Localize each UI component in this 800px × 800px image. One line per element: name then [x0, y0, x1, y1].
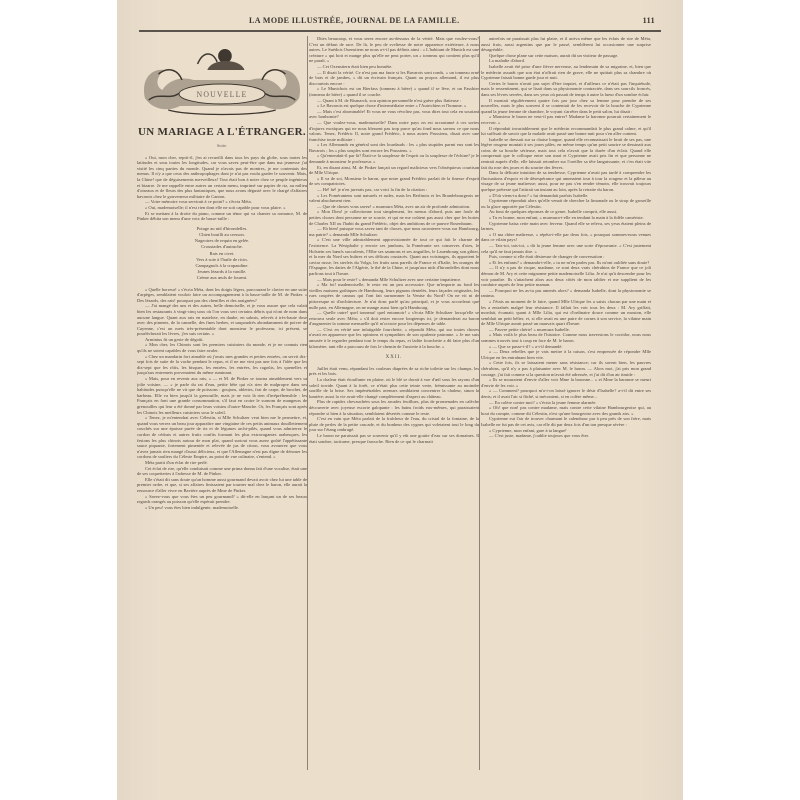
paragraph: « Mais voilà le plus beau de l'histoire.… — [481, 332, 651, 343]
dinner-menu: Potage au nid d'hirondelles.Chien bouill… — [137, 226, 307, 282]
newspaper-page: LA MODE ILLUSTRÉE, JOURNAL DE LA FAMILLE… — [117, 0, 683, 800]
chapter-heading: XXII. — [309, 355, 479, 361]
paragraph: Il montait régulièrement quatre fois par… — [481, 98, 651, 115]
paragraph: « — Comment? pourquoi m'a-t-on laissé ig… — [481, 388, 651, 399]
paragraph: « Il va de soi, Monsieur le baron, que n… — [309, 176, 479, 187]
paragraph: — Tais-toi, tais-toi, » dit la jeune fem… — [481, 243, 651, 254]
paragraph: C'est en vain que Méta parlait de la fra… — [309, 416, 479, 433]
paragraph: « Qu'entendait-il par là? Était-ce la so… — [309, 153, 479, 164]
story-title: UN MARIAGE A L'ÉTRANGER. — [137, 126, 307, 139]
paragraph: — Il disait la vérité. Ce n'est pas ma f… — [309, 70, 479, 87]
paragraph: « C'est une ville admirablement approvis… — [309, 237, 479, 276]
paragraph: « Oui, mon cher, reprit-il, j'en ai recu… — [137, 155, 307, 200]
paragraph: — Que voulez-vous, mademoiselle? Dans no… — [309, 120, 479, 142]
column-2: Dites beaucoup, et vous serez encore au-… — [309, 36, 479, 785]
paragraph: Dites beaucoup, et vous serez encore au-… — [309, 36, 479, 64]
paragraph: Cyprienne eut l'air de trouver charmant … — [481, 416, 651, 427]
paragraph: — Mais c'est abominable! Et vous ne vous… — [309, 109, 479, 120]
paragraph: Isabelle avait été prise d'une fièvre ne… — [481, 64, 651, 81]
menu-item: Crème aux œufs de fourmi. — [137, 275, 307, 281]
paragraph: « Mais, pour en revenir aux rats, » — et… — [137, 376, 307, 415]
paragraph: — Pourquoi ne les as-tu pas amenés alors… — [481, 288, 651, 299]
paragraph: — C'est en vérité une infatigable fourch… — [309, 327, 479, 349]
paragraph: « Le Bavarois est quelque chose d'interm… — [309, 103, 479, 109]
column-divider — [307, 36, 308, 770]
paragraph: — C'est juste, madame, j'oublie toujours… — [481, 433, 651, 439]
ornament-icon: NOUVELLE — [139, 40, 305, 120]
paragraph: « Un peu! vous êtes bien indulgente, mad… — [137, 505, 307, 511]
paragraph: « Mon cher, les Chinois sont les premier… — [137, 342, 307, 353]
article-text: Juillet était venu, répandant les couleu… — [309, 366, 479, 444]
paragraph: — J'ai mangé des uns et des autres, bell… — [137, 303, 307, 337]
paragraph: Elle s'était dit sans doute qu'un homme … — [137, 477, 307, 494]
paragraph: « Oh! que non! pas contre madame, mais c… — [481, 405, 651, 416]
paragraph: « Mon Dieu! je collectionne tout simplem… — [309, 209, 479, 226]
paragraph: Certes le baron n'avait pas sujet d'être… — [481, 81, 651, 98]
paragraph: Cyprienne répondait alors qu'elle venait… — [481, 198, 651, 209]
paragraph: « Tenez, je m'entendrai avec Célestin, s… — [137, 415, 307, 460]
page-number: 111 — [643, 16, 655, 25]
paragraph: « Le Munichois est un Bierfass (tonneau … — [309, 86, 479, 97]
paragraph: — Eh bien! puisque vous savez tant de ch… — [309, 226, 479, 237]
paragraph: « Les Allemands en général sont des lour… — [309, 142, 479, 153]
column-1: NOUVELLE UN MARIAGE A L'ÉTRANGER. Suite.… — [137, 36, 307, 785]
paragraph: Cyprienne baisa cette main avec ferveur.… — [481, 221, 651, 232]
paragraph: « J'étais au moment de le faire, quand M… — [481, 299, 651, 327]
paragraph: « Ma foi! mademoiselle, le reste est un … — [309, 282, 479, 310]
article-text: autrefois ne paraissait plus lui plaire,… — [481, 36, 651, 439]
column-3: autrefois ne paraissait plus lui plaire,… — [481, 36, 651, 785]
column-divider — [479, 36, 480, 770]
paragraph: « Ils se mouraient d'envie d'aller voir … — [481, 377, 651, 388]
paragraph: Juillet était venu, répandant les couleu… — [309, 366, 479, 377]
paragraph: « Cette fois, ils se laissaient mener sa… — [481, 360, 651, 377]
nouvelle-vignette: NOUVELLE — [139, 40, 305, 120]
paragraph: « Monsieur le baron ne veut-il pas entre… — [481, 114, 651, 125]
article-text: « Oui, mon cher, reprit-il, j'en ai recu… — [137, 155, 307, 222]
article-text: Dites beaucoup, et vous serez encore au-… — [309, 36, 479, 349]
paragraph: — Il n'y a pas de risque, madame, ce son… — [481, 265, 651, 287]
paragraph: « Les Poméraniens sont naturels et rudes… — [309, 193, 479, 204]
running-head: LA MODE ILLUSTRÉE, JOURNAL DE LA FAMILLE… — [139, 16, 661, 28]
paragraph: « Tu es bonne, mon enfant, » murmura-t-e… — [481, 215, 651, 221]
paragraph: Le baron ne paraissait pas se souvenir q… — [309, 433, 479, 444]
header-rule — [139, 30, 661, 32]
paragraph: Et, en disant ainsi, M. de Pinker lançai… — [309, 165, 479, 176]
paragraph: « Oui, mademoiselle; il n'est rien dont … — [137, 205, 307, 211]
paragraph: Et se mettant à la droite du piano, comm… — [137, 211, 307, 222]
svg-text:NOUVELLE: NOUVELLE — [197, 90, 248, 99]
paragraph: « Quelle horreur! » s'écria Méta, dont l… — [137, 287, 307, 304]
paragraph: « O ma chère maîtresse, » répéta-t-elle … — [481, 232, 651, 243]
paragraph: — Quelle outre! quel tonneau! quel enton… — [309, 310, 479, 327]
paragraph: « Chez un mandarin fort aimable où j'ava… — [137, 354, 307, 376]
story-subtitle: Suite. — [137, 143, 307, 149]
paragraph: Dans la délicate intuition de sa tendres… — [481, 170, 651, 192]
paragraph: Cet éclat de rire, qu'elle conduisait co… — [137, 466, 307, 477]
paragraph: Il répondait invariablement que le médec… — [481, 126, 651, 137]
article-text: « Quelle horreur! » s'écria Méta, dont l… — [137, 287, 307, 511]
journal-title: LA MODE ILLUSTRÉE, JOURNAL DE LA FAMILLE… — [249, 16, 460, 25]
paragraph: autrefois ne paraissait plus lui plaire,… — [481, 36, 651, 53]
paragraph: Plus de rapides chevauchées sous les arc… — [309, 399, 479, 416]
paragraph: Isabelle se dressait sur sa chaise longu… — [481, 137, 651, 171]
paragraph: La chaleur était étouffante en plaine, o… — [309, 377, 479, 399]
paragraph: « Savez-vous que vous êtes un peu gourma… — [137, 494, 307, 505]
paragraph: « — Deux rebelles que je vais mettre à l… — [481, 349, 651, 360]
